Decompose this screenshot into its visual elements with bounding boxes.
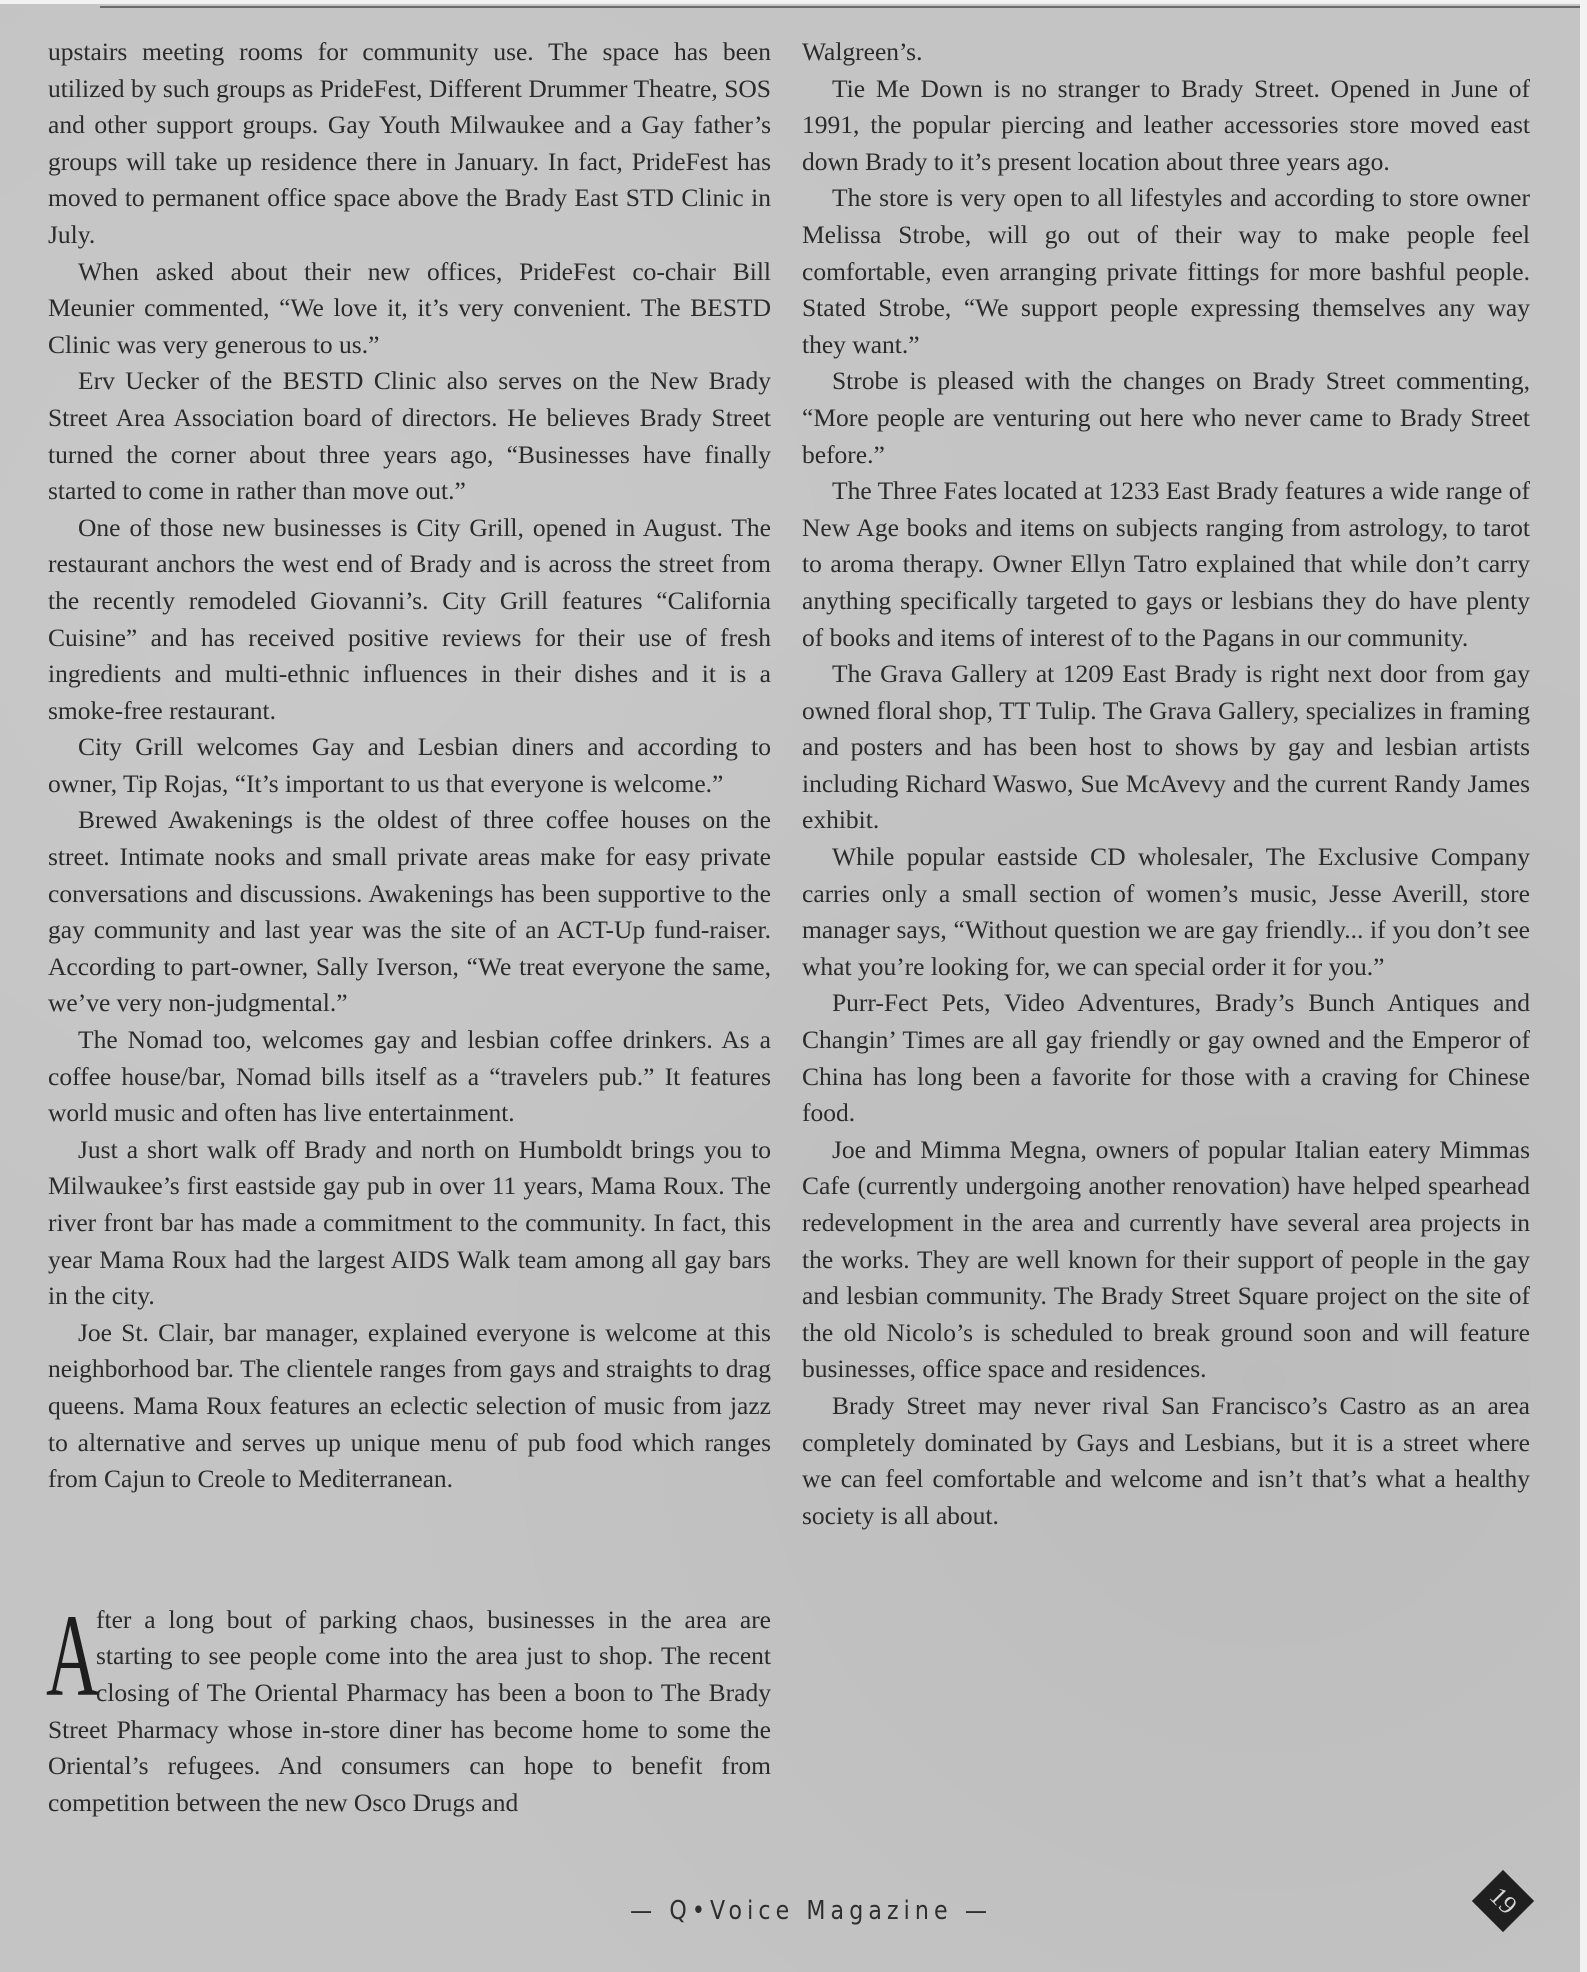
drop-cap: A — [46, 1608, 73, 1708]
paragraph: The Three Fates located at 1233 East Bra… — [802, 473, 1530, 656]
paragraph: Brewed Awakenings is the oldest of three… — [48, 802, 771, 1022]
page-number-badge: 19 — [1472, 1870, 1534, 1932]
paragraph: Brady Street may never rival San Francis… — [802, 1388, 1530, 1534]
section-break — [48, 1498, 771, 1602]
magazine-page: upstairs meeting rooms for community use… — [0, 4, 1580, 1972]
paragraph: City Grill welcomes Gay and Lesbian dine… — [48, 729, 771, 802]
page-number: 19 — [1459, 1857, 1547, 1945]
paragraph: Walgreen’s. — [802, 34, 1530, 71]
section-opening-text: fter a long bout of parking chaos, busin… — [48, 1605, 771, 1817]
paragraph: The Nomad too, welcomes gay and lesbian … — [48, 1022, 771, 1132]
paragraph: Erv Uecker of the BESTD Clinic also serv… — [48, 363, 771, 509]
top-rule — [100, 6, 1580, 8]
paragraph: The store is very open to all lifestyles… — [802, 180, 1530, 363]
paragraph: Just a short walk off Brady and north on… — [48, 1132, 771, 1315]
paragraph: Tie Me Down is no stranger to Brady Stre… — [802, 71, 1530, 181]
left-column: upstairs meeting rooms for community use… — [48, 34, 771, 1821]
paragraph: When asked about their new offices, Prid… — [48, 254, 771, 364]
paragraph: upstairs meeting rooms for community use… — [48, 34, 771, 254]
paragraph: While popular eastside CD wholesaler, Th… — [802, 839, 1530, 985]
paragraph: Strobe is pleased with the changes on Br… — [802, 363, 1530, 473]
section-opening-paragraph: After a long bout of parking chaos, busi… — [48, 1602, 771, 1822]
paragraph: Purr-Fect Pets, Video Adventures, Brady’… — [802, 985, 1530, 1131]
paragraph: Joe and Mimma Megna, owners of popular I… — [802, 1132, 1530, 1388]
paragraph: The Grava Gallery at 1209 East Brady is … — [802, 656, 1530, 839]
paragraph: One of those new businesses is City Gril… — [48, 510, 771, 730]
paragraph: Joe St. Clair, bar manager, explained ev… — [48, 1315, 771, 1498]
magazine-footer: — Q•Voice Magazine — — [630, 1896, 992, 1926]
right-column: Walgreen’s. Tie Me Down is no stranger t… — [802, 34, 1530, 1534]
